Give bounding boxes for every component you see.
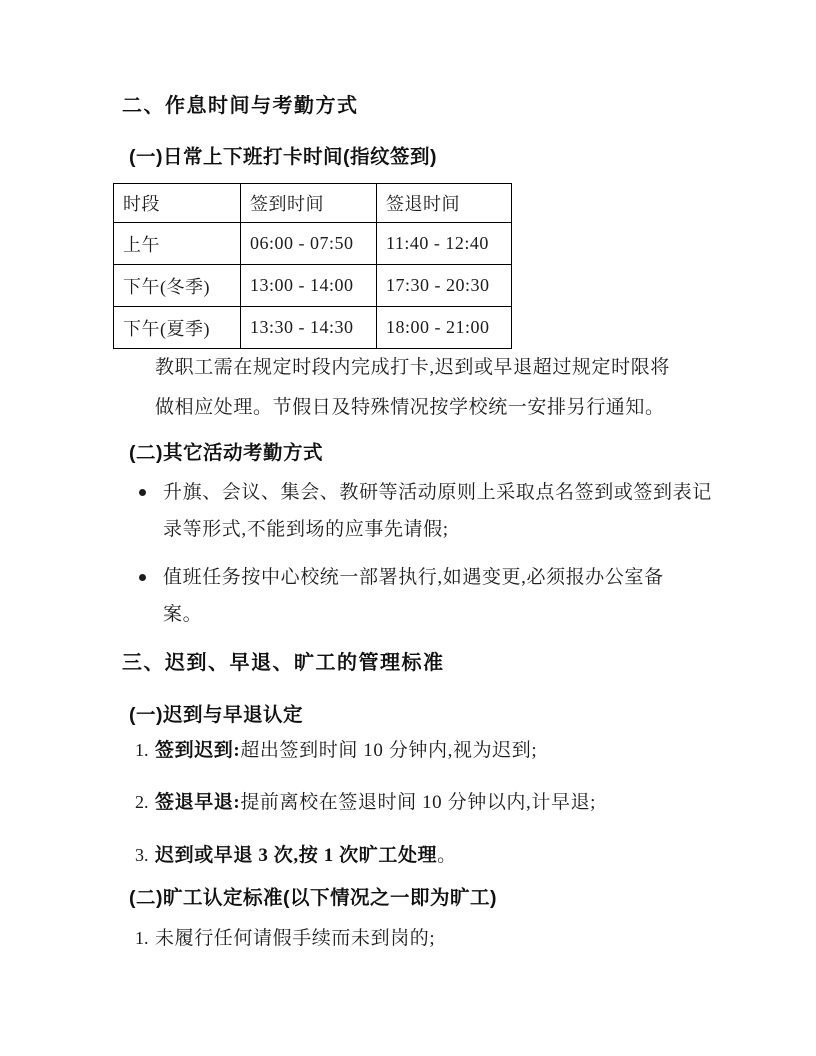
attendance-time-table: 时段 签到时间 签退时间 上午 06:00 - 07:50 11:40 - 12…: [113, 183, 512, 349]
cell-checkin: 13:00 - 14:00: [241, 265, 377, 307]
col-header-checkout: 签退时间: [377, 184, 512, 223]
table-row: 下午(夏季) 13:30 - 14:30 18:00 - 21:00: [114, 307, 512, 349]
rule-lead: 签到迟到:: [155, 740, 240, 761]
list-number: 1.: [135, 929, 155, 947]
section2-sub2-heading: (二)其它活动考勤方式: [129, 444, 323, 464]
document-page: 二、作息时间与考勤方式 (一)日常上下班打卡时间(指纹签到) 时段 签到时间 签…: [0, 0, 816, 1056]
list-number: 2.: [135, 793, 155, 811]
late-rule-item: 1.签到迟到:超出签到时间 10 分钟内,视为迟到;: [135, 741, 537, 760]
cell-checkout: 18:00 - 21:00: [377, 307, 512, 349]
col-header-checkin: 签到时间: [241, 184, 377, 223]
note-paragraph-line2: 做相应处理。节假日及特殊情况按学校统一安排另行通知。: [155, 398, 665, 417]
cell-checkout: 17:30 - 20:30: [377, 265, 512, 307]
section3-heading: 三、迟到、早退、旷工的管理标准: [122, 653, 445, 673]
late-rule-item: 3.迟到或早退 3 次,按 1 次旷工处理。: [135, 846, 457, 865]
absent-rule-item: 1.未履行任何请假手续而未到岗的;: [135, 929, 435, 948]
section3-sub1-heading: (一)迟到与早退认定: [129, 706, 303, 726]
cell-period: 上午: [114, 223, 241, 265]
cell-period: 下午(夏季): [114, 307, 241, 349]
table-row: 下午(冬季) 13:00 - 14:00 17:30 - 20:30: [114, 265, 512, 307]
table-header-row: 时段 签到时间 签退时间: [114, 184, 512, 223]
section2-sub1-heading: (一)日常上下班打卡时间(指纹签到): [129, 148, 437, 168]
bullet-icon: [139, 574, 146, 581]
note-paragraph-line1: 教职工需在规定时段内完成打卡,迟到或早退超过规定时限将: [155, 358, 670, 377]
list-number: 3.: [135, 846, 155, 864]
bullet-item-line: 升旗、会议、集会、教研等活动原则上采取点名签到或签到表记: [163, 483, 712, 502]
col-header-period: 时段: [114, 184, 241, 223]
rule-text: 未履行任何请假手续而未到岗的;: [155, 928, 435, 949]
bullet-item-line: 值班任务按中心校统一部署执行,如遇变更,必须报办公室备: [163, 568, 664, 587]
cell-checkout: 11:40 - 12:40: [377, 223, 512, 265]
bullet-icon: [139, 489, 146, 496]
section3-sub2-heading: (二)旷工认定标准(以下情况之一即为旷工): [129, 889, 497, 909]
cell-period: 下午(冬季): [114, 265, 241, 307]
bullet-item-line: 案。: [163, 605, 202, 624]
rule-text: 超出签到时间 10 分钟内,视为迟到;: [240, 740, 537, 761]
table-row: 上午 06:00 - 07:50 11:40 - 12:40: [114, 223, 512, 265]
rule-lead: 迟到或早退 3 次,按 1 次旷工处理: [155, 845, 437, 866]
bullet-item-line: 录等形式,不能到场的应事先请假;: [163, 520, 449, 539]
late-rule-item: 2.签退早退:提前离校在签退时间 10 分钟以内,计早退;: [135, 793, 596, 812]
cell-checkin: 13:30 - 14:30: [241, 307, 377, 349]
cell-checkin: 06:00 - 07:50: [241, 223, 377, 265]
rule-lead: 签退早退:: [155, 792, 240, 813]
section2-heading: 二、作息时间与考勤方式: [122, 96, 359, 116]
rule-text: 提前离校在签退时间 10 分钟以内,计早退;: [240, 792, 596, 813]
rule-text: 。: [437, 845, 457, 866]
list-number: 1.: [135, 741, 155, 759]
